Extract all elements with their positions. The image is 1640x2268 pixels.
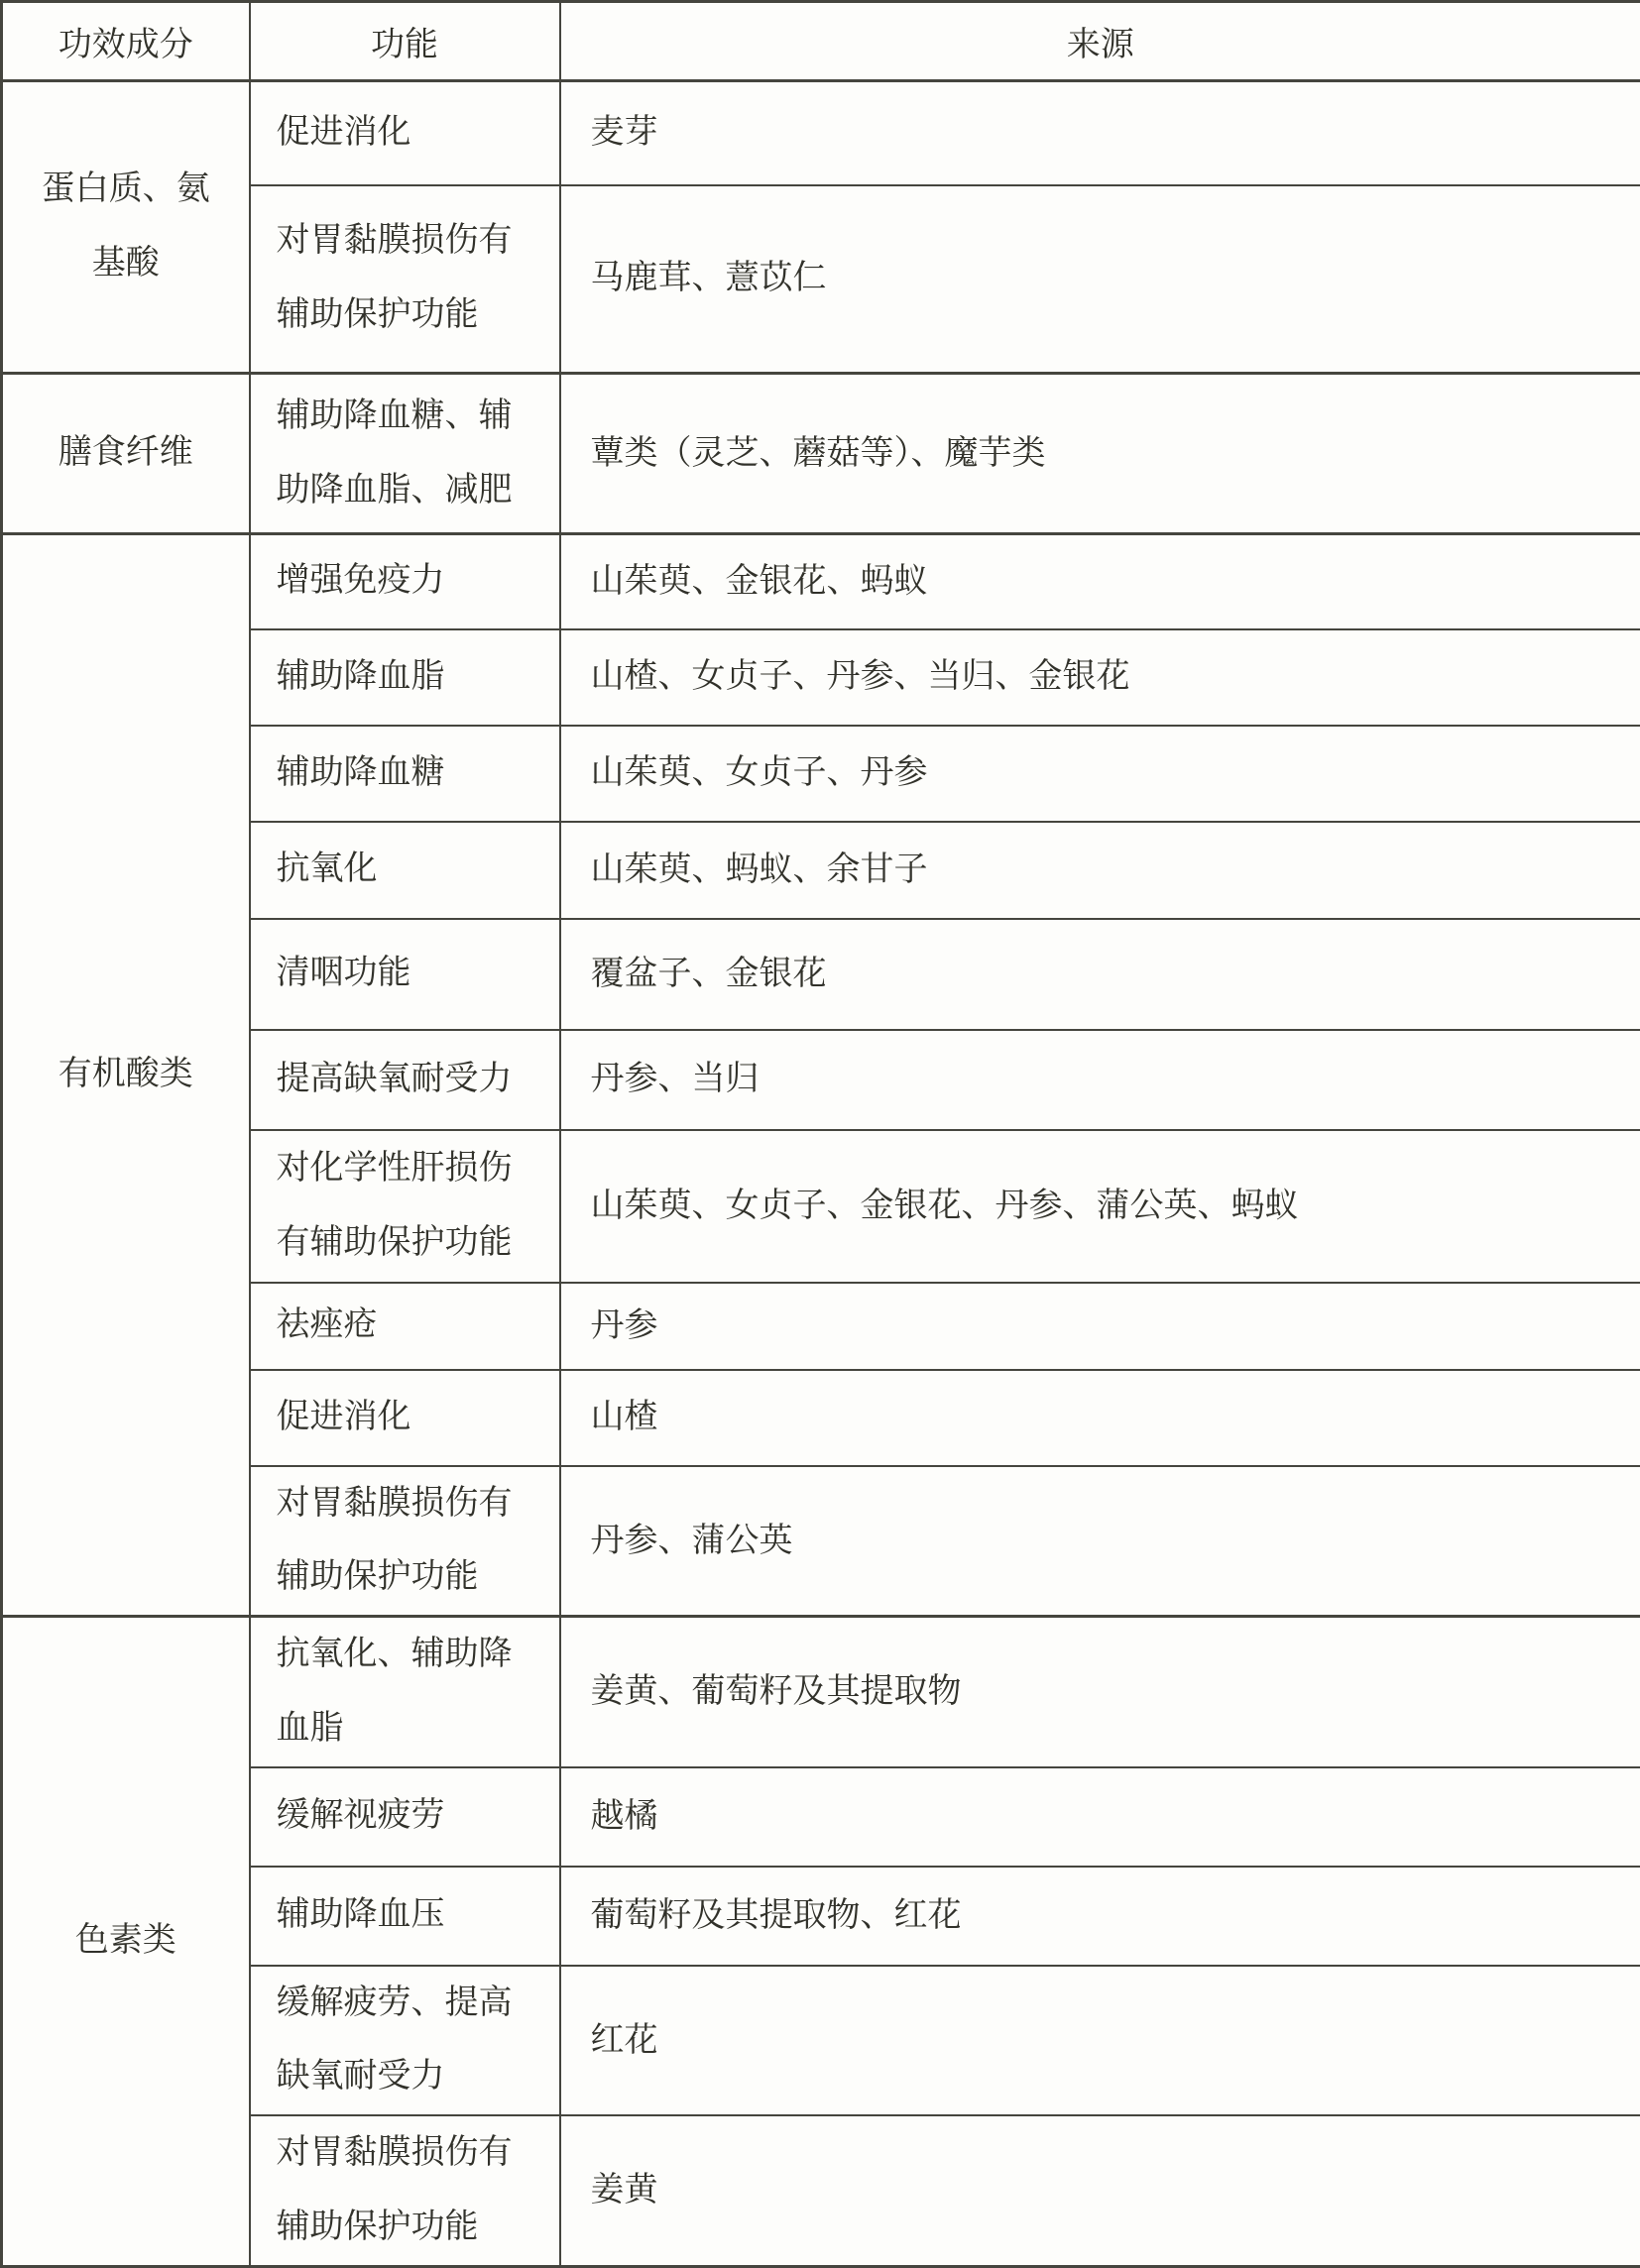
function-cell: 促进消化 (250, 81, 560, 185)
function-cell: 增强免疫力 (250, 534, 560, 629)
source-cell: 山茱萸、金银花、蚂蚁 (560, 534, 1640, 629)
source-cell: 山茱萸、女贞子、金银花、丹参、蒲公英、蚂蚁 (560, 1130, 1640, 1283)
header-source: 来源 (560, 2, 1640, 81)
function-cell: 缓解视疲劳 (250, 1767, 560, 1867)
source-cell: 丹参、当归 (560, 1030, 1640, 1130)
function-cell: 抗氧化、辅助降 血脂 (250, 1617, 560, 1767)
function-cell: 对胃黏膜损伤有 辅助保护功能 (250, 1466, 560, 1617)
source-cell: 山楂、女贞子、丹参、当归、金银花 (560, 629, 1640, 726)
source-cell: 丹参 (560, 1283, 1640, 1370)
table-row: 有机酸类 增强免疫力 山茱萸、金银花、蚂蚁 (2, 534, 1640, 629)
source-cell: 山茱萸、蚂蚁、余甘子 (560, 822, 1640, 919)
source-cell: 越橘 (560, 1767, 1640, 1867)
function-cell: 促进消化 (250, 1370, 560, 1466)
group-label-cell: 色素类 (2, 1617, 250, 2267)
source-cell: 麦芽 (560, 81, 1640, 185)
function-cell: 缓解疲劳、提高 缺氧耐受力 (250, 1966, 560, 2116)
function-cell: 对胃黏膜损伤有 辅助保护功能 (250, 2115, 560, 2266)
function-cell: 清咽功能 (250, 919, 560, 1030)
header-row: 功效成分 功能 来源 (2, 2, 1640, 81)
source-cell: 马鹿茸、薏苡仁 (560, 185, 1640, 374)
table-row: 色素类 抗氧化、辅助降 血脂 姜黄、葡萄籽及其提取物 (2, 1617, 1640, 1767)
source-cell: 红花 (560, 1966, 1640, 2116)
function-cell: 抗氧化 (250, 822, 560, 919)
function-cell: 对化学性肝损伤 有辅助保护功能 (250, 1130, 560, 1283)
source-cell: 山茱萸、女贞子、丹参 (560, 726, 1640, 822)
function-cell: 祛痤疮 (250, 1283, 560, 1370)
group-label-cell: 蛋白质、氨 基酸 (2, 81, 250, 374)
function-cell: 辅助降血糖 (250, 726, 560, 822)
function-cell: 辅助降血压 (250, 1867, 560, 1966)
source-cell: 覆盆子、金银花 (560, 919, 1640, 1030)
header-function: 功能 (250, 2, 560, 81)
table-row: 膳食纤维 辅助降血糖、辅 助降血脂、减肥 蕈类（灵芝、蘑菇等）、魔芋类 (2, 374, 1640, 534)
source-cell: 蕈类（灵芝、蘑菇等）、魔芋类 (560, 374, 1640, 534)
table-row: 蛋白质、氨 基酸 促进消化 麦芽 (2, 81, 1640, 185)
function-cell: 对胃黏膜损伤有 辅助保护功能 (250, 185, 560, 374)
source-cell: 葡萄籽及其提取物、红花 (560, 1867, 1640, 1966)
group-label-cell: 膳食纤维 (2, 374, 250, 534)
header-component: 功效成分 (2, 2, 250, 81)
ingredient-function-source-table: 功效成分 功能 来源 蛋白质、氨 基酸 促进消化 麦芽 对胃黏膜损伤有 辅助保护… (0, 0, 1640, 2268)
source-cell: 山楂 (560, 1370, 1640, 1466)
function-cell: 辅助降血糖、辅 助降血脂、减肥 (250, 374, 560, 534)
source-cell: 丹参、蒲公英 (560, 1466, 1640, 1617)
source-cell: 姜黄 (560, 2115, 1640, 2266)
source-cell: 姜黄、葡萄籽及其提取物 (560, 1617, 1640, 1767)
group-label-cell: 有机酸类 (2, 534, 250, 1617)
function-cell: 提高缺氧耐受力 (250, 1030, 560, 1130)
function-cell: 辅助降血脂 (250, 629, 560, 726)
